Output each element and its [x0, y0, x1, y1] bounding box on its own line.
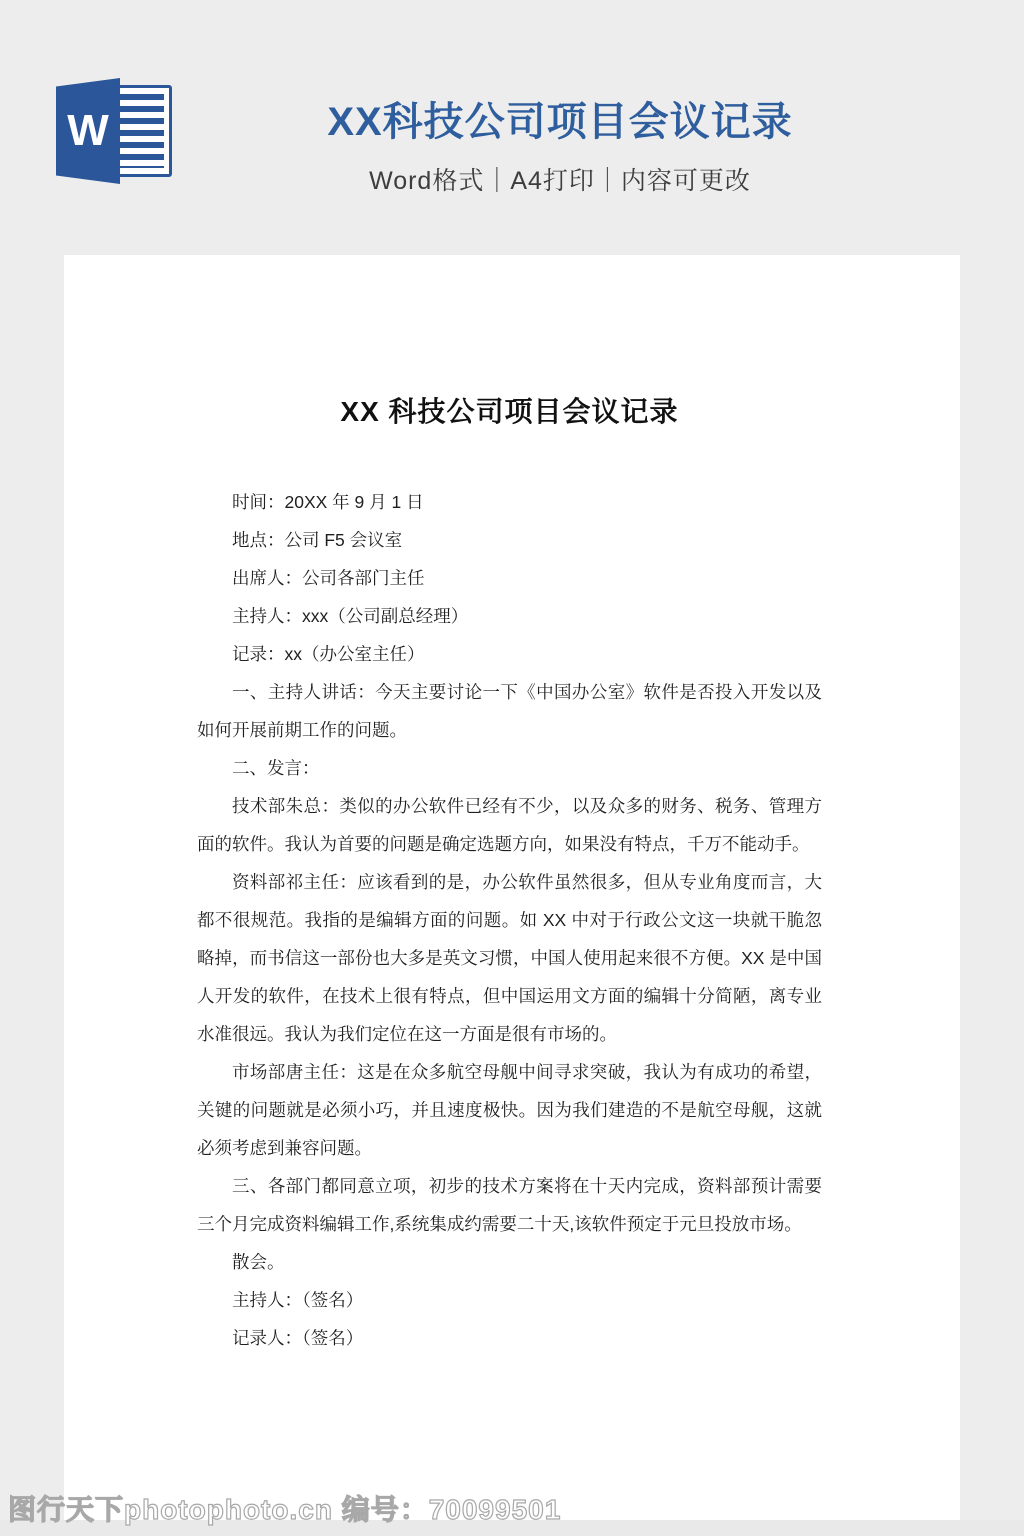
template-preview: W XX科技公司项目会议记录 Word格式｜A4打印｜内容可更改 XX 科技公司…	[0, 0, 1024, 1536]
document-title: XX 科技公司项目会议记录	[197, 391, 822, 433]
paragraph: 二、发言：	[197, 749, 822, 787]
header-title: XX科技公司项目会议记录	[96, 90, 1024, 147]
document-meta: 时间：20XX 年 9 月 1 日地点：公司 F5 会议室出席人：公司各部门主任…	[197, 483, 822, 673]
header-text: XX科技公司项目会议记录 Word格式｜A4打印｜内容可更改	[96, 0, 1024, 197]
paragraph: 技术部朱总：类似的办公软件已经有不少，以及众多的财务、税务、管理方面的软件。我认…	[197, 787, 822, 863]
header-subtitle: Word格式｜A4打印｜内容可更改	[96, 161, 1024, 197]
paragraph: 一、主持人讲话：今天主要讨论一下《中国办公室》软件是否投入开发以及如何开展前期工…	[197, 673, 822, 749]
meta-line: 主持人：xxx（公司副总经理）	[197, 597, 822, 635]
meta-line: 地点：公司 F5 会议室	[197, 521, 822, 559]
paragraph: 记录人：（签名）	[197, 1319, 822, 1357]
document-page: XX 科技公司项目会议记录 时间：20XX 年 9 月 1 日地点：公司 F5 …	[64, 255, 960, 1520]
document-paragraphs: 一、主持人讲话：今天主要讨论一下《中国办公室》软件是否投入开发以及如何开展前期工…	[197, 673, 822, 1357]
paragraph: 三、各部门都同意立项，初步的技术方案将在十天内完成，资料部预计需要三个月完成资料…	[197, 1167, 822, 1243]
watermark: 图行天下photophoto.cn 编号：70099501	[8, 1488, 561, 1528]
paragraph: 散会。	[197, 1243, 822, 1281]
meta-line: 出席人：公司各部门主任	[197, 559, 822, 597]
header: W XX科技公司项目会议记录 Word格式｜A4打印｜内容可更改	[0, 0, 1024, 255]
meta-line: 记录：xx（办公室主任）	[197, 635, 822, 673]
paragraph: 主持人：（签名）	[197, 1281, 822, 1319]
meta-line: 时间：20XX 年 9 月 1 日	[197, 483, 822, 521]
paragraph: 市场部唐主任：这是在众多航空母舰中间寻求突破，我认为有成功的希望，关键的问题就是…	[197, 1053, 822, 1167]
paragraph: 资料部祁主任：应该看到的是，办公软件虽然很多，但从专业角度而言，大都不很规范。我…	[197, 863, 822, 1053]
